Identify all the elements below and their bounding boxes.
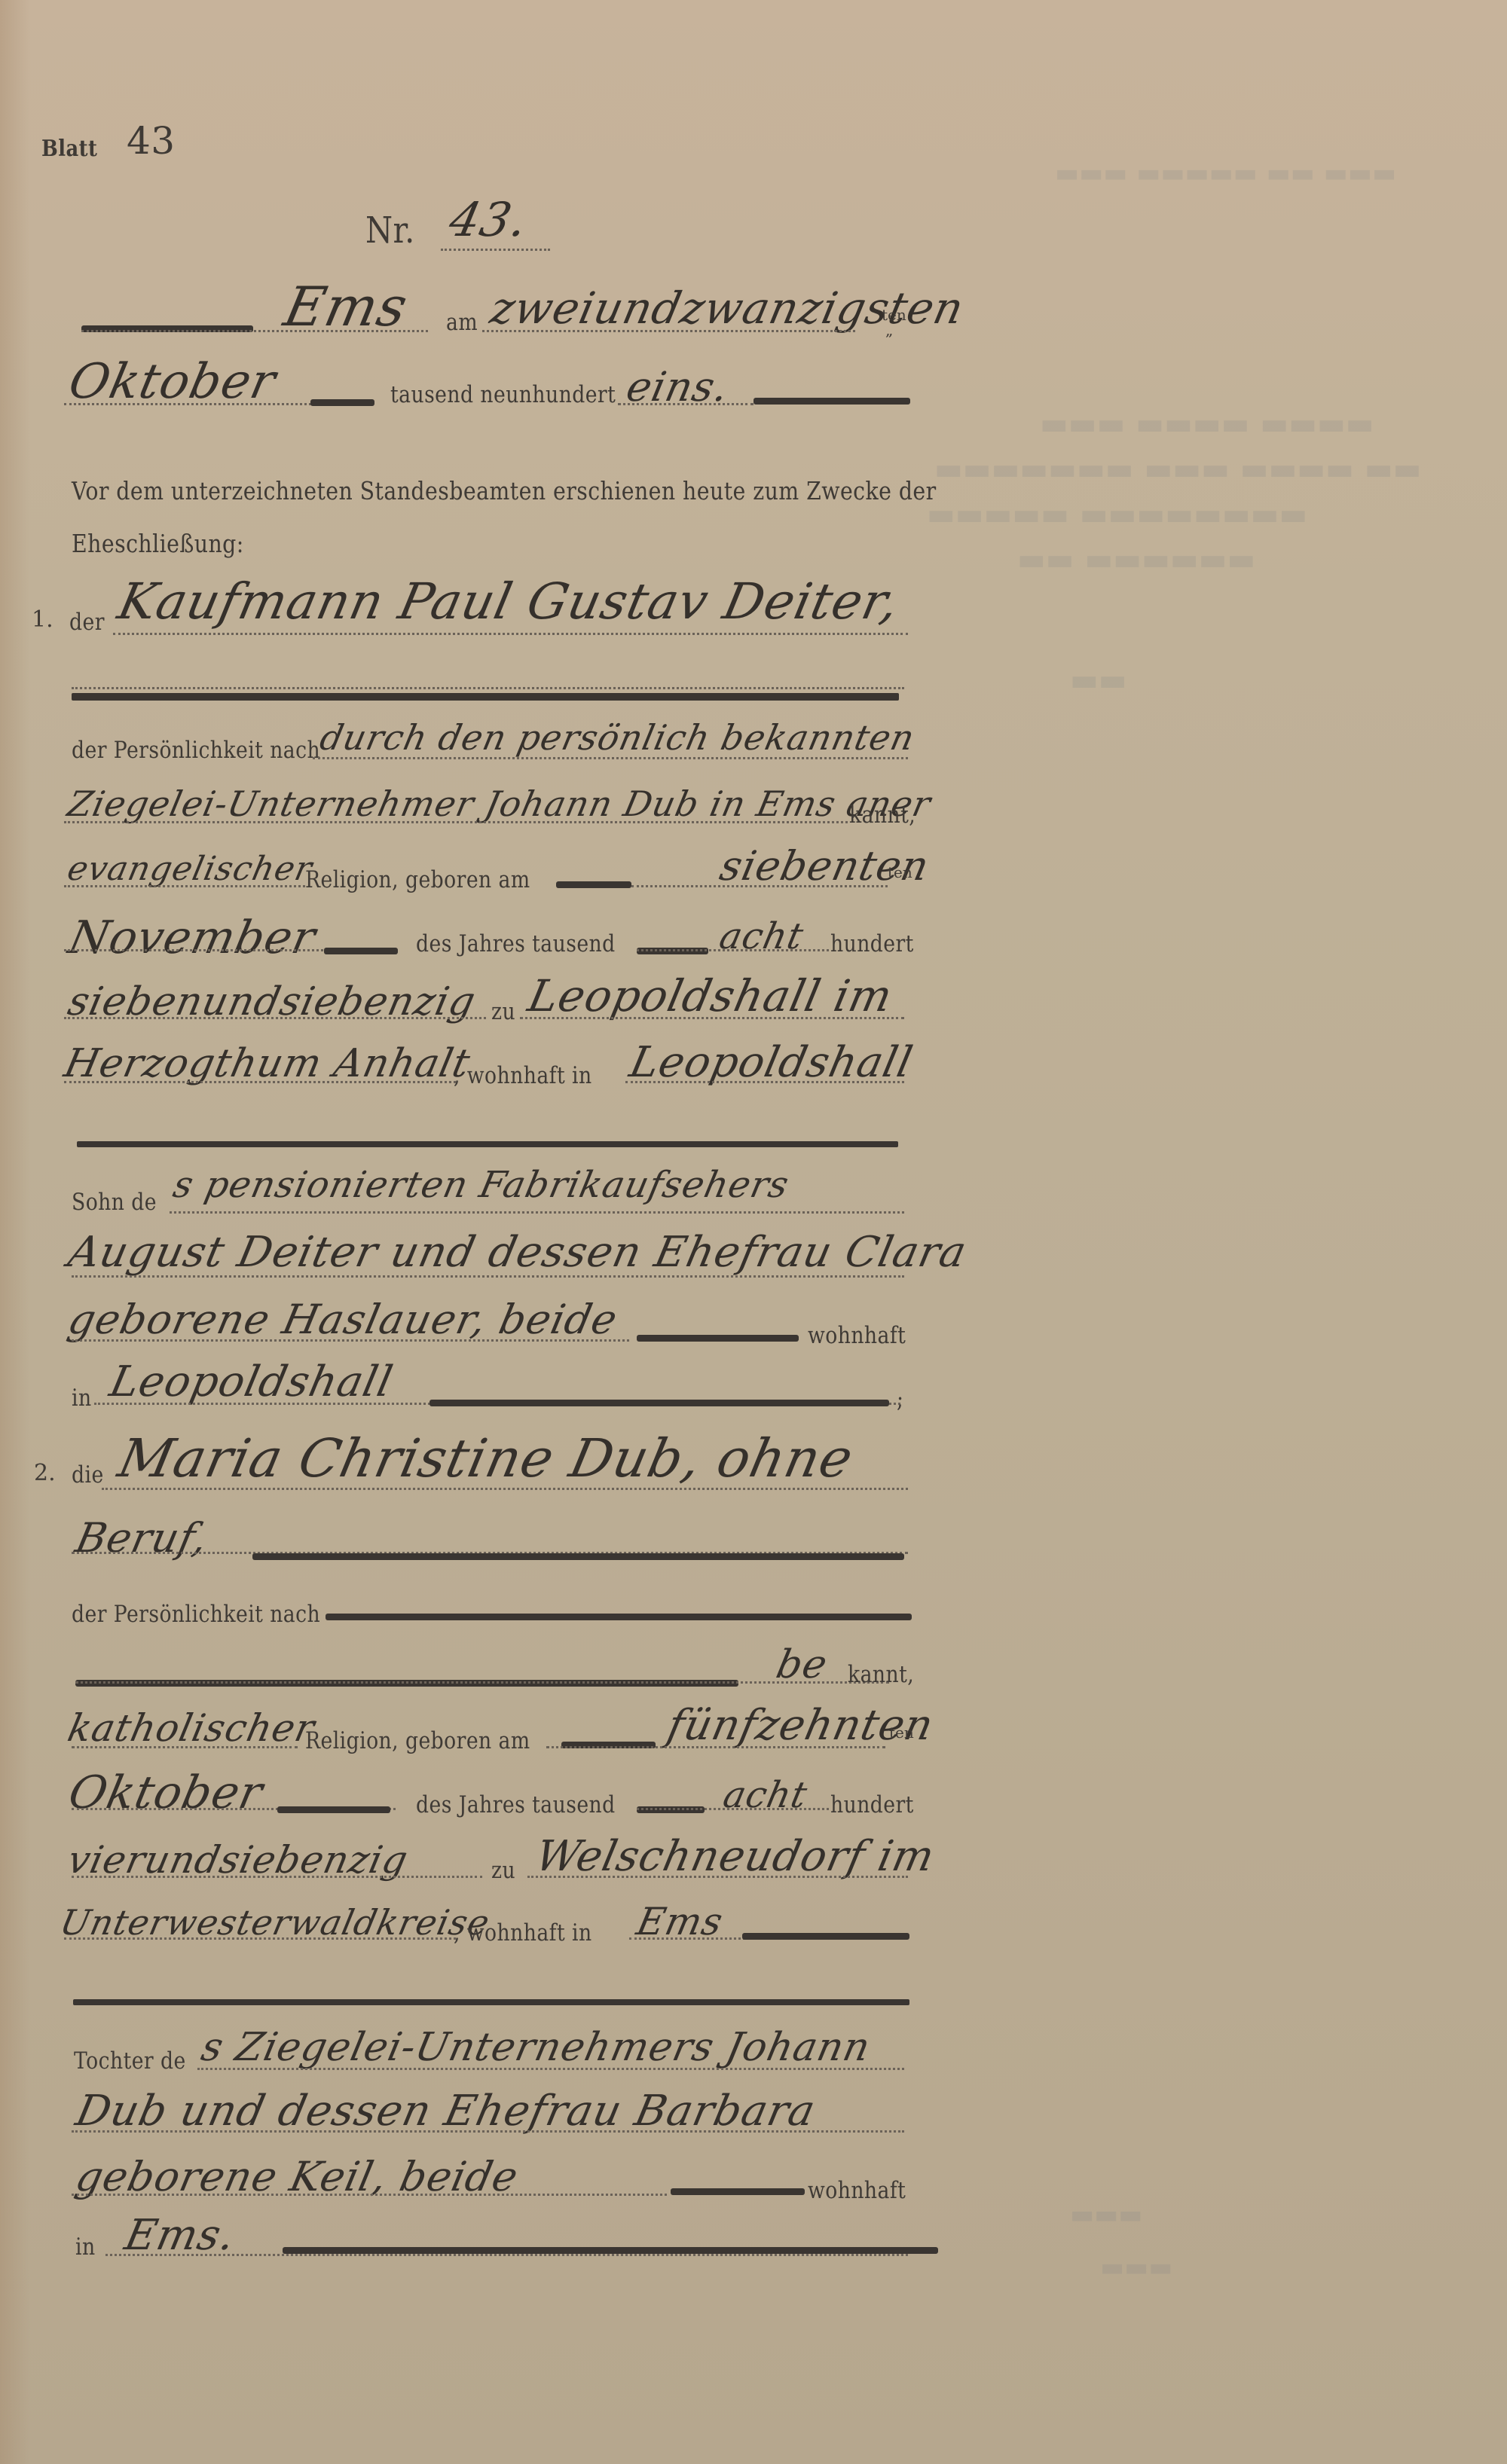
residence-dotted-line bbox=[625, 1081, 904, 1083]
blank-filler-bar bbox=[671, 2188, 805, 2195]
year-hundreds-dotted-line bbox=[637, 1808, 829, 1810]
birth-day-dotted-line bbox=[546, 1746, 885, 1748]
bride-wohnhaft-label: wohnhaft bbox=[808, 2177, 906, 2204]
blank-filler-bar bbox=[753, 398, 910, 405]
bleed-through-text: ▬▬▬ ▬▬▬▬▬ ▬▬ ▬▬▬ bbox=[1055, 158, 1396, 188]
groom-father-2: August Deiter und dessen Ehefrau Clara bbox=[64, 1228, 971, 1277]
groom-birth-place-2: Herzogthum Anhalt bbox=[60, 1041, 475, 1086]
blatt-label: Blatt bbox=[41, 136, 97, 162]
bride-parents-residence: Ems. bbox=[121, 2211, 240, 2260]
bride-kannt-label: kannt, bbox=[848, 1661, 914, 1688]
birth-place-dotted-line bbox=[527, 1876, 908, 1878]
blank-filler-bar bbox=[283, 2247, 938, 2254]
groom-birth-month: November bbox=[64, 911, 320, 964]
residence-dotted-line bbox=[629, 1937, 750, 1940]
blank-filler-bar bbox=[556, 881, 631, 888]
groom-identity-label: der Persönlichkeit nach bbox=[72, 737, 320, 764]
bleed-through-text: ▬▬▬▬▬ ▬▬▬▬▬▬▬▬ bbox=[927, 497, 1307, 532]
year-label: tausend neunhundert bbox=[390, 381, 616, 408]
blank-filler-bar bbox=[310, 399, 374, 406]
groom-father-1: s pensionierten Fabrikaufsehers bbox=[170, 1164, 793, 1206]
groom-wohnhaft-label: wohnhaft bbox=[808, 1322, 906, 1349]
ten-suffix: ten bbox=[889, 1725, 914, 1740]
groom-name-dotted-line bbox=[113, 633, 908, 635]
bride-daughter-label: Tochter de bbox=[74, 2047, 186, 2075]
mother-dotted-line bbox=[72, 2194, 667, 2196]
bleed-through-text: ▬▬ bbox=[1070, 663, 1127, 698]
bleed-through-text: ▬▬▬ ▬▬▬▬ ▬▬▬▬ bbox=[1040, 407, 1374, 441]
bride-year-label: des Jahres tausend bbox=[416, 1791, 616, 1818]
bride-zu-label: zu bbox=[491, 1857, 515, 1884]
section-rule bbox=[72, 693, 899, 701]
bleed-through-text: ▬▬▬▬▬▬▬ ▬▬▬ ▬▬▬▬ ▬▬ bbox=[934, 452, 1421, 487]
groom-kannt-label: kannt, bbox=[849, 801, 916, 829]
father-2-dotted-line bbox=[72, 2130, 904, 2133]
blatt-number: 43 bbox=[127, 119, 176, 163]
groom-year-label: des Jahres tausend bbox=[416, 930, 616, 957]
section-rule bbox=[77, 1141, 898, 1147]
bride-father-1: s Ziegelei-Unternehmers Johann bbox=[197, 2025, 875, 2070]
religion-dotted-line bbox=[64, 885, 305, 887]
father-dotted-line bbox=[197, 2068, 904, 2070]
bride-index: 2. bbox=[34, 1460, 56, 1486]
father-dotted-line bbox=[170, 1211, 904, 1214]
record-number-value: 43. bbox=[445, 192, 533, 247]
blank-filler-bar bbox=[637, 1335, 799, 1342]
blank-filler-bar bbox=[277, 1806, 390, 1813]
bleed-through-text: ▬▬ ▬▬▬▬▬▬ bbox=[1017, 542, 1255, 577]
groom-in-label: in bbox=[72, 1385, 92, 1412]
section-rule bbox=[73, 1999, 909, 2005]
groom-identity-value-2: Ziegelei-Unternehmer Johann Dub in Ems a… bbox=[64, 783, 935, 824]
groom-religion: evangelischer bbox=[64, 850, 316, 888]
groom-birth-place-1: Leopoldshall im bbox=[524, 970, 897, 1021]
semicolon: ; bbox=[897, 1386, 903, 1413]
bride-hundert-label: hundert bbox=[830, 1791, 914, 1818]
page-edge-shadow bbox=[0, 0, 30, 2464]
parents-residence-dotted-line bbox=[105, 2254, 908, 2256]
bride-religion-label: Religion, geboren am bbox=[305, 1727, 530, 1754]
bride-name: Maria Christine Dub, ohne bbox=[113, 1427, 859, 1489]
ten-suffix: ten bbox=[888, 865, 912, 880]
registry-place: Ems bbox=[279, 275, 414, 338]
record-number-label: Nr. bbox=[365, 209, 415, 252]
father-2-dotted-line bbox=[72, 1275, 904, 1278]
blank-filler-bar bbox=[252, 1553, 904, 1560]
identity-dotted-line bbox=[75, 1681, 889, 1684]
bride-article: die bbox=[72, 1461, 104, 1488]
am-label: am bbox=[446, 309, 478, 336]
groom-wohnhaft-in-label: , wohnhaft in bbox=[454, 1062, 592, 1089]
birth-place-dotted-line bbox=[520, 1017, 904, 1019]
intro-line-1: Vor dem unterzeichneten Standesbeamten e… bbox=[72, 476, 937, 505]
groom-hundert-label: hundert bbox=[830, 930, 914, 957]
birth-day-dotted-line bbox=[631, 885, 888, 887]
bleed-through-text: ▬▬▬ bbox=[1070, 2200, 1142, 2230]
blank-filler-bar bbox=[326, 1614, 912, 1620]
record-number-dotted-line bbox=[441, 249, 550, 251]
day-dotted-line bbox=[482, 330, 855, 332]
bride-birth-place-1: Welschneudorf im bbox=[531, 1832, 939, 1881]
bride-birth-month: Oktober bbox=[64, 1766, 267, 1819]
bride-birth-place-2: Unterwesterwaldkreise bbox=[57, 1902, 494, 1943]
groom-occupation-and-name: Kaufmann Paul Gustav Deiter, bbox=[113, 572, 904, 631]
year-dotted-line bbox=[618, 403, 753, 405]
ditto-mark: „ bbox=[885, 322, 893, 337]
bride-occupation: Beruf, bbox=[72, 1514, 212, 1562]
blank-filler-bar bbox=[324, 948, 398, 954]
groom-mother: geborene Haslauer, beide bbox=[64, 1296, 622, 1343]
ten-suffix: ten bbox=[882, 307, 906, 322]
birth-place-2-dotted-line bbox=[64, 1081, 456, 1083]
identity-dotted-line-2 bbox=[64, 821, 848, 823]
bride-kannt-prefix: be bbox=[772, 1642, 832, 1687]
bride-name-dotted-line bbox=[102, 1488, 908, 1490]
bride-wohnhaft-in-label: , wohnhaft in bbox=[454, 1919, 592, 1946]
intro-line-2: Eheschließung: bbox=[72, 529, 244, 558]
groom-residence: Leopoldshall bbox=[625, 1038, 917, 1087]
blank-filler-bar bbox=[742, 1933, 909, 1940]
year-rest-dotted-line bbox=[72, 1876, 482, 1878]
groom-son-label: Sohn de bbox=[72, 1189, 157, 1216]
bleed-through-text: ▬▬▬ bbox=[1100, 2252, 1172, 2282]
groom-parents-residence: Leopoldshall bbox=[105, 1357, 397, 1406]
groom-zu-label: zu bbox=[491, 998, 515, 1025]
marriage-month: Oktober bbox=[64, 354, 281, 410]
bride-father-2: Dub und dessen Ehefrau Barbara bbox=[72, 2087, 820, 2136]
groom-name-dotted-line-2 bbox=[72, 687, 904, 689]
bride-identity-label: der Persönlichkeit nach bbox=[72, 1601, 320, 1628]
year-hundreds-dotted-line bbox=[637, 949, 829, 951]
groom-article: der bbox=[69, 609, 105, 636]
bride-in-label: in bbox=[75, 2233, 96, 2261]
bride-religion: katholischer bbox=[64, 1706, 319, 1750]
identity-dotted-line bbox=[313, 757, 908, 759]
groom-index: 1. bbox=[32, 606, 53, 633]
groom-identity-value-1: durch den persönlich bekannten bbox=[316, 717, 919, 758]
year-rest-dotted-line bbox=[64, 1017, 486, 1019]
birth-place-2-dotted-line bbox=[64, 1937, 456, 1940]
mother-dotted-line bbox=[72, 1339, 629, 1342]
groom-religion-label: Religion, geboren am bbox=[305, 866, 530, 893]
blank-filler-bar bbox=[429, 1400, 889, 1406]
religion-dotted-line bbox=[72, 1746, 298, 1748]
